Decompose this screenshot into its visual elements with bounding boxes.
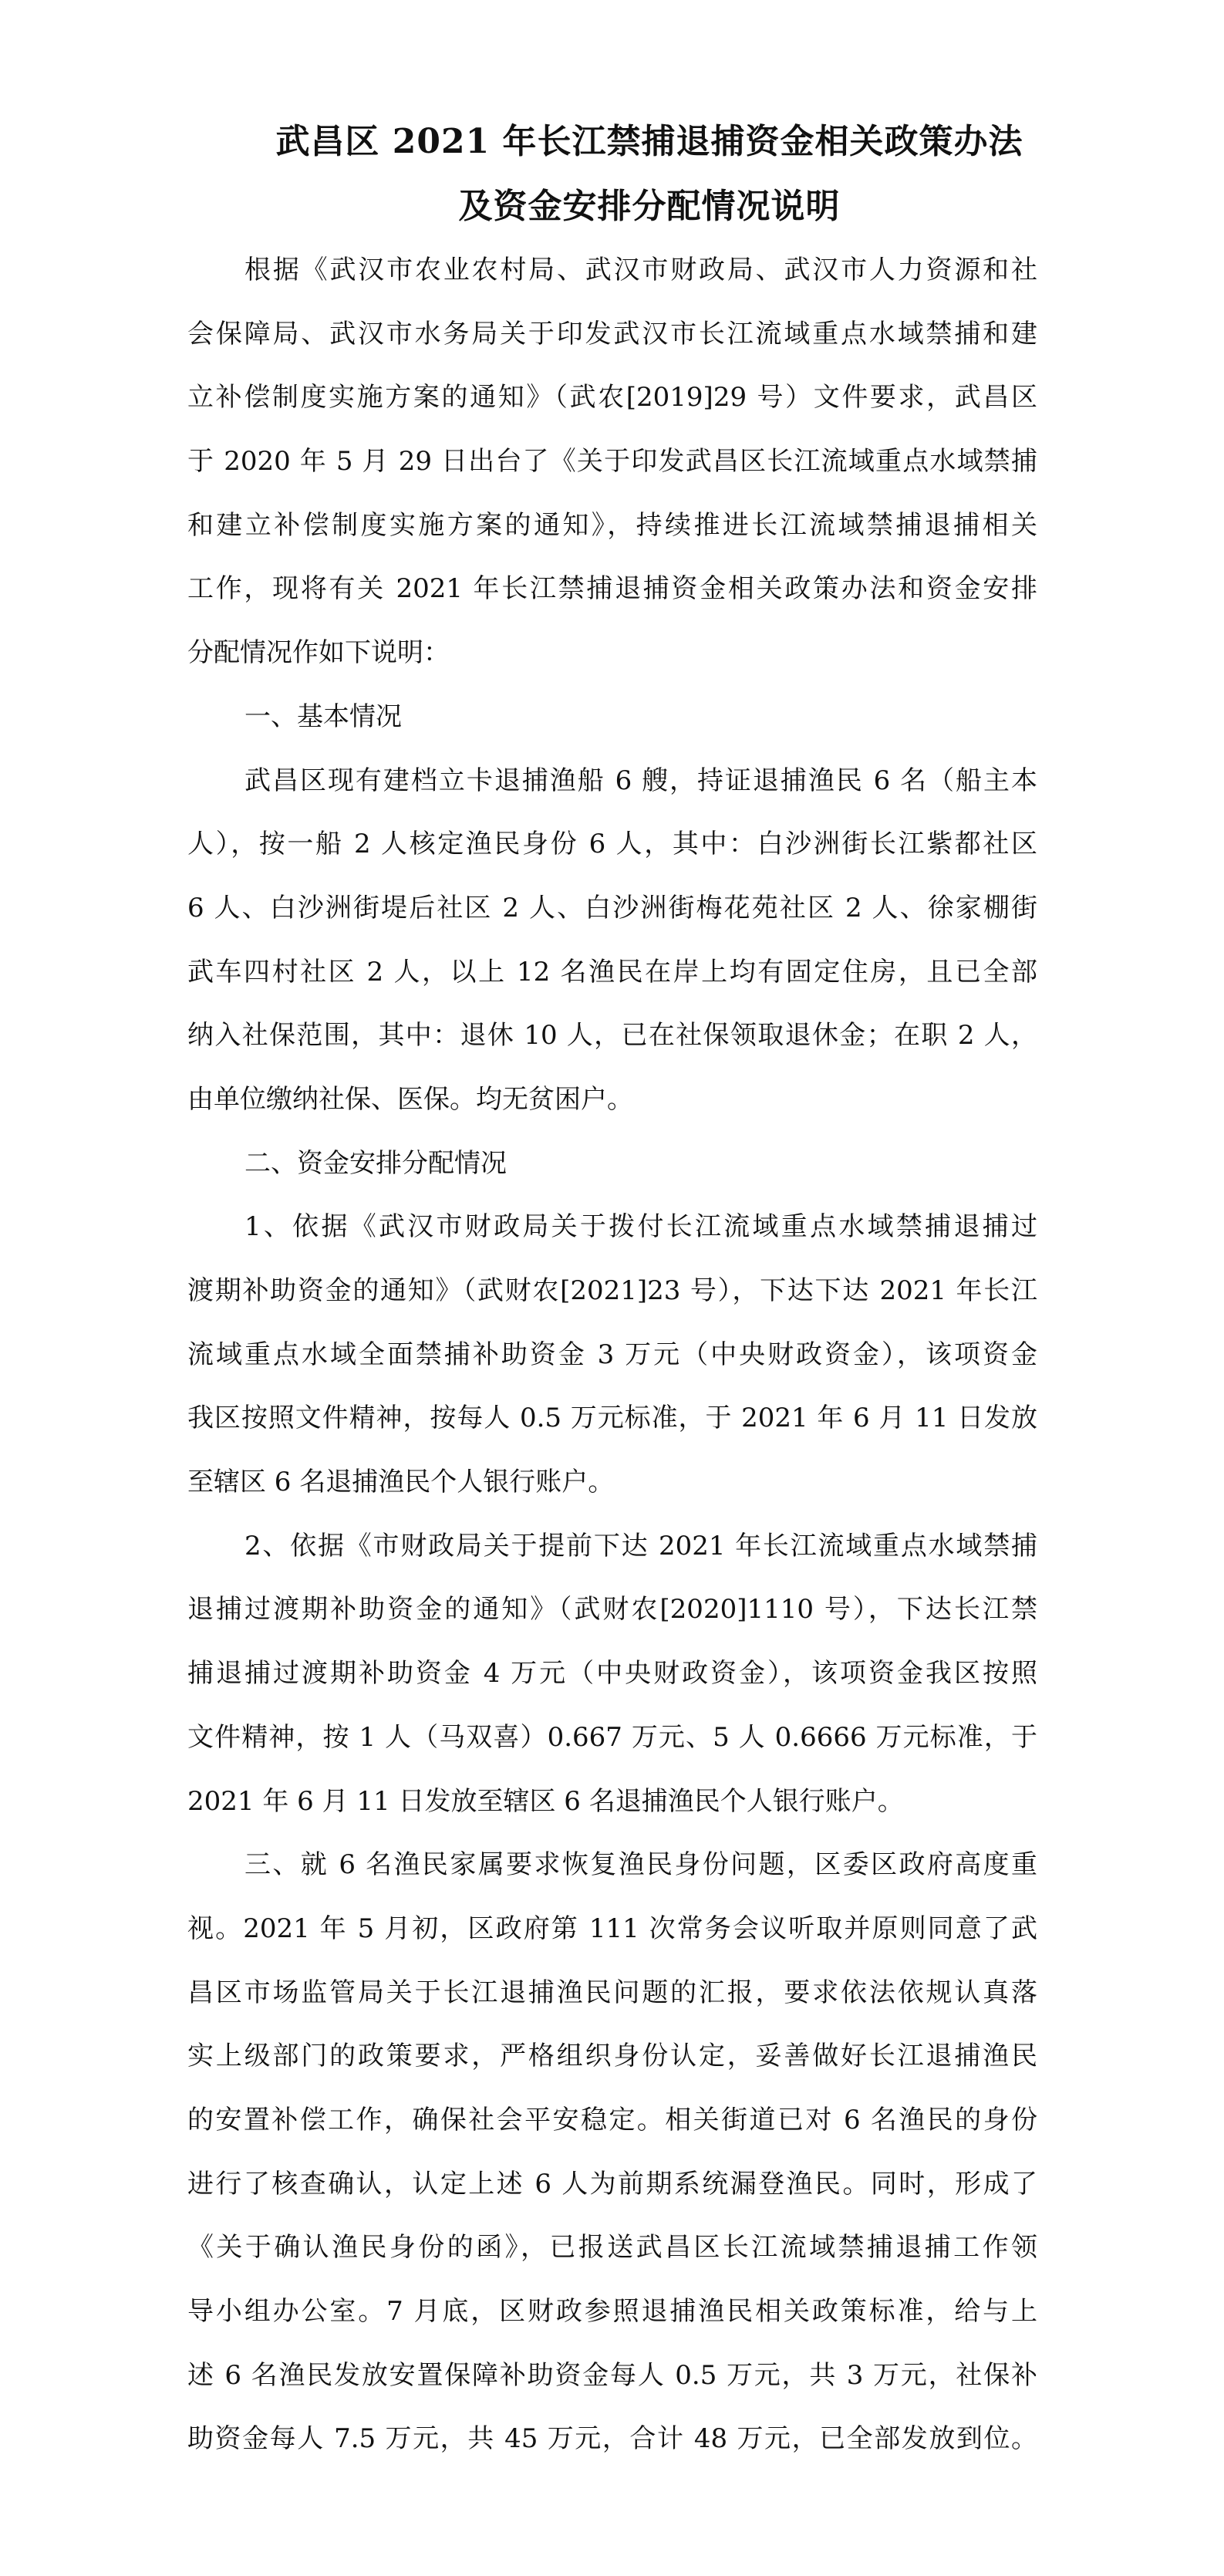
body-text-line: 2021 年 6 月 11 日发放至辖区 6 名退捕渔民个人银行账户。	[187, 1785, 1037, 1849]
body-text-line: 助资金每人 7.5 万元，共 45 万元，合计 48 万元，已全部发放到位。	[187, 2422, 1037, 2487]
body-text-line: 流域重点水域全面禁捕补助资金 3 万元（中央财政资金），该项资金	[187, 1339, 1037, 1403]
body-text-line: 述 6 名渔民发放安置保障补助资金每人 0.5 万元，共 3 万元，社保补	[187, 2359, 1037, 2423]
document-body: 根据《武汉市农业农村局、武汉市财政局、武汉市人力资源和社会保障局、武汉市水务局关…	[187, 254, 1037, 2487]
body-text-line: 6 人、白沙洲街堤后社区 2 人、白沙洲街梅花苑社区 2 人、徐家棚街	[187, 892, 1037, 956]
body-text-line: 工作，现将有关 2021 年长江禁捕退捕资金相关政策办法和资金安排	[187, 572, 1037, 636]
body-text-line: 至辖区 6 名退捕渔民个人银行账户。	[187, 1466, 1037, 1530]
body-text-line: 渡期补助资金的通知》（武财农[2021]23 号），下达下达 2021 年长江	[187, 1274, 1037, 1339]
section-heading: 二、资金安排分配情况	[187, 1147, 1037, 1211]
body-text-line: 和建立补偿制度实施方案的通知》，持续推进长江流域禁捕退捕相关	[187, 509, 1037, 573]
body-text-line: 我区按照文件精神，按每人 0.5 万元标准，于 2021 年 6 月 11 日发…	[187, 1402, 1037, 1466]
body-text-line: 由单位缴纳社保、医保。均无贫困户。	[187, 1083, 1037, 1147]
body-text-line: 实上级部门的政策要求，严格组织身份认定，妥善做好长江退捕渔民	[187, 2040, 1037, 2104]
body-text-line: 会保障局、武汉市水务局关于印发武汉市长江流域重点水域禁捕和建	[187, 318, 1037, 382]
body-text-line: 纳入社保范围，其中：退休 10 人，已在社保领取退休金；在职 2 人，	[187, 1019, 1037, 1083]
body-text-line: 退捕过渡期补助资金的通知》（武财农[2020]1110 号），下达长江禁	[187, 1593, 1037, 1657]
body-text-line: 人），按一船 2 人核定渔民身份 6 人，其中：白沙洲街长江紫都社区	[187, 828, 1037, 892]
body-text-line: 的安置补偿工作，确保社会平安稳定。相关街道已对 6 名渔民的身份	[187, 2104, 1037, 2168]
body-text-line: 于 2020 年 5 月 29 日出台了《关于印发武昌区长江流域重点水域禁捕	[187, 445, 1037, 509]
section-heading: 一、基本情况	[187, 701, 1037, 765]
body-text-line: 2、依据《市财政局关于提前下达 2021 年长江流域重点水域禁捕	[187, 1530, 1037, 1594]
document-title-line-1: 武昌区 2021 年长江禁捕退捕资金相关政策办法	[262, 119, 1037, 165]
document-page: 武昌区 2021 年长江禁捕退捕资金相关政策办法 及资金安排分配情况说明 根据《…	[0, 0, 1224, 2576]
body-text-line: 武车四村社区 2 人，以上 12 名渔民在岸上均有固定住房，且已全部	[187, 956, 1037, 1020]
body-text-line: 文件精神，按 1 人（马双喜）0.667 万元、5 人 0.6666 万元标准，…	[187, 1721, 1037, 1785]
body-text-line: 导小组办公室。7 月底，区财政参照退捕渔民相关政策标准，给与上	[187, 2295, 1037, 2359]
body-text-line: 立补偿制度实施方案的通知》（武农[2019]29 号）文件要求，武昌区	[187, 381, 1037, 445]
body-text-line: 视。2021 年 5 月初，区政府第 111 次常务会议听取并原则同意了武	[187, 1913, 1037, 1977]
body-text-line: 武昌区现有建档立卡退捕渔船 6 艘，持证退捕渔民 6 名（船主本	[187, 765, 1037, 829]
body-text-line: 1、依据《武汉市财政局关于拨付长江流域重点水域禁捕退捕过	[187, 1210, 1037, 1274]
document-title-line-2: 及资金安排分配情况说明	[262, 184, 1037, 230]
body-text-line: 进行了核查确认，认定上述 6 人为前期系统漏登渔民。同时，形成了	[187, 2168, 1037, 2232]
body-text-line: 根据《武汉市农业农村局、武汉市财政局、武汉市人力资源和社	[187, 254, 1037, 318]
body-text-line: 三、就 6 名渔民家属要求恢复渔民身份问题，区委区政府高度重	[187, 1848, 1037, 1913]
body-text-line: 《关于确认渔民身份的函》，已报送武昌区长江流域禁捕退捕工作领	[187, 2231, 1037, 2295]
body-text-line: 昌区市场监管局关于长江退捕渔民问题的汇报，要求依法依规认真落	[187, 1977, 1037, 2041]
body-text-line: 捕退捕过渡期补助资金 4 万元（中央财政资金），该项资金我区按照	[187, 1657, 1037, 1721]
body-text-line: 分配情况作如下说明：	[187, 636, 1037, 701]
